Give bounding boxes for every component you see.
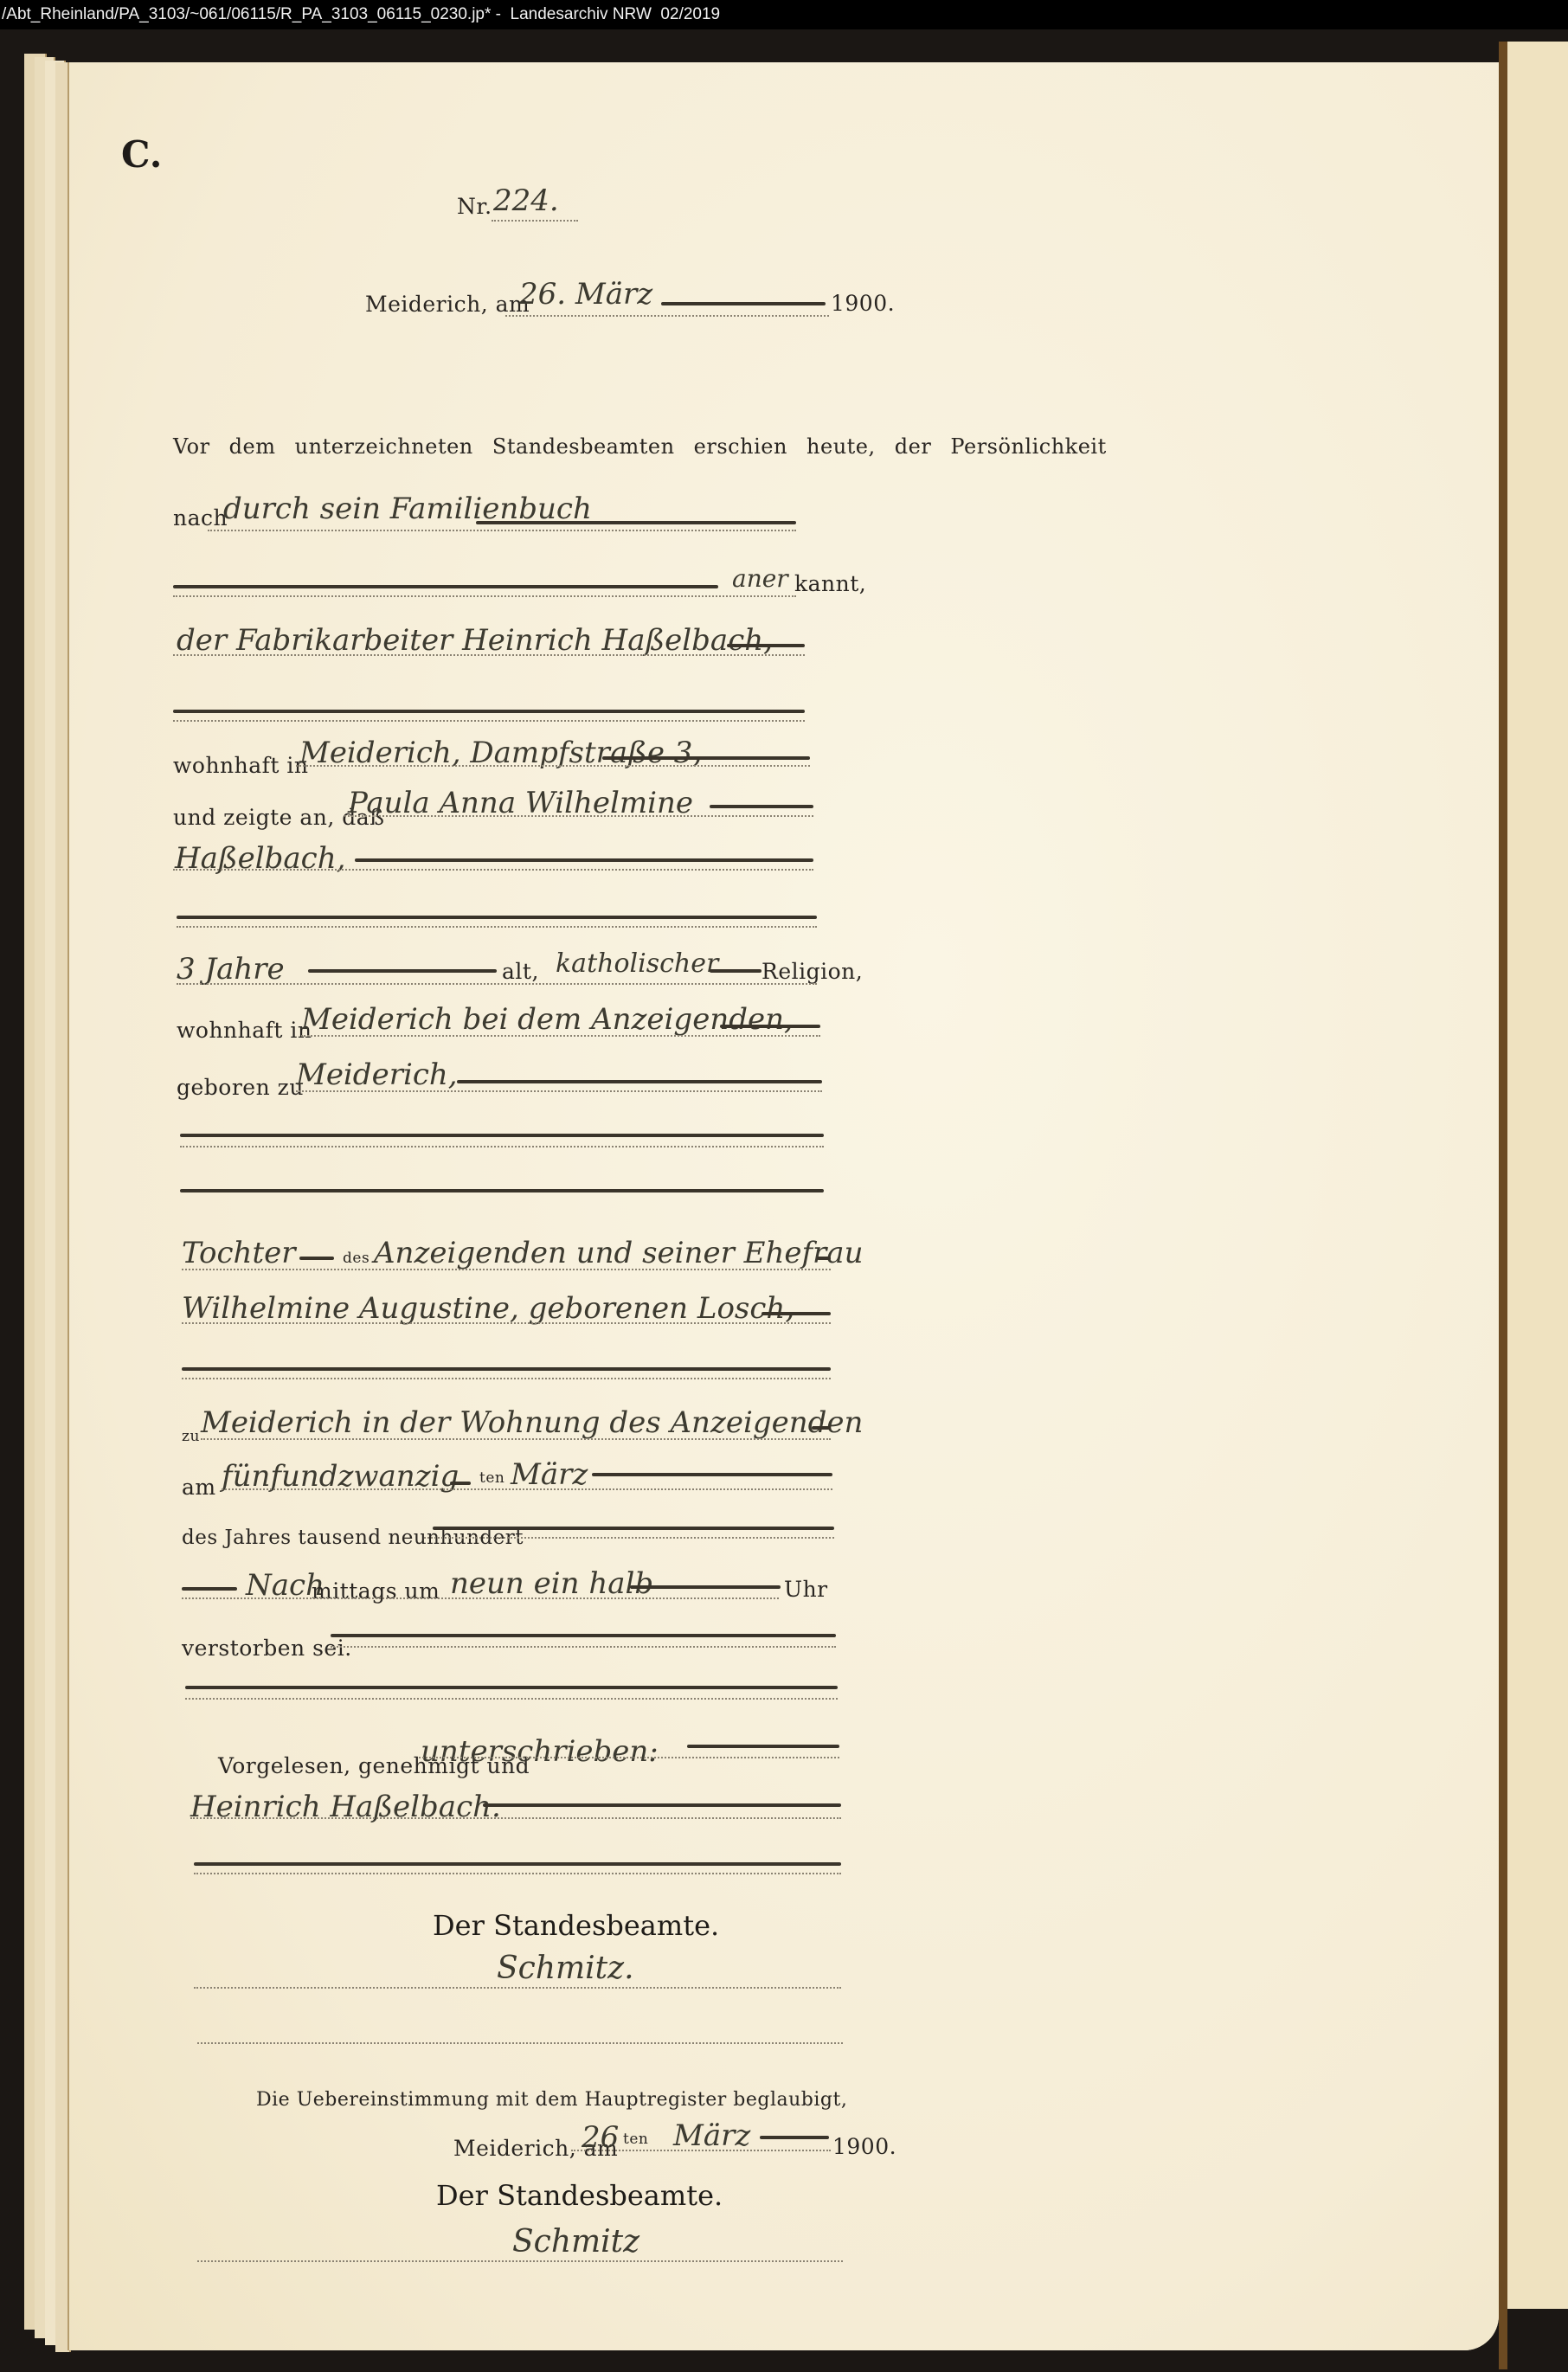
- dotted-line: [177, 983, 817, 985]
- relation-handwritten: Tochter: [182, 1236, 295, 1270]
- dotted-line: [197, 2260, 843, 2262]
- informant-signature: Heinrich Haßelbach.: [190, 1790, 501, 1824]
- fill-line: [299, 1257, 334, 1260]
- section-letter: C.: [121, 133, 162, 176]
- dotted-line: [194, 1873, 841, 1874]
- dotted-line: [173, 654, 805, 656]
- death-day-label: am: [182, 1475, 216, 1500]
- fill-line: [710, 969, 762, 973]
- age-label: alt,: [502, 959, 539, 984]
- religion-label: Religion,: [762, 959, 863, 984]
- fill-line: [762, 1312, 831, 1315]
- dotted-line: [173, 869, 813, 871]
- fill-line: [450, 1482, 471, 1485]
- fill-line: [173, 585, 718, 588]
- dotted-line: [173, 595, 796, 597]
- fill-line: [727, 644, 805, 647]
- fill-line: [710, 805, 813, 808]
- fill-line: [817, 1257, 831, 1260]
- known-handwritten: aner: [732, 564, 788, 593]
- fill-line: [476, 521, 796, 524]
- relation-des: des: [343, 1250, 370, 1267]
- fill-line: [760, 2136, 829, 2139]
- deceased-residence-label: wohnhaft in: [177, 1018, 312, 1043]
- dotted-line: [424, 1537, 834, 1539]
- dotted-line: [194, 1987, 841, 1989]
- dotted-line: [197, 2042, 843, 2044]
- dotted-line: [182, 1322, 831, 1324]
- fill-line: [483, 1803, 841, 1807]
- fill-line: [355, 858, 813, 862]
- dotted-line: [182, 1597, 779, 1599]
- dotted-line: [222, 1488, 832, 1490]
- died-label: verstorben sei.: [182, 1636, 352, 1661]
- signed-handwritten: unterschrieben:: [421, 1734, 659, 1769]
- fill-line: [194, 1862, 841, 1866]
- time-handwritten: neun ein halb: [450, 1566, 653, 1601]
- fill-line: [630, 1585, 781, 1589]
- dotted-line: [571, 2150, 831, 2151]
- deceased-residence: Meiderich bei dem Anzeigenden,: [301, 1002, 794, 1037]
- certification-registrar-title: Der Standesbeamte.: [436, 2179, 723, 2212]
- fill-line: [331, 1634, 836, 1637]
- dotted-line: [296, 1090, 822, 1092]
- dotted-line: [185, 1698, 838, 1700]
- known-suffix: kannt,: [794, 571, 866, 596]
- intro-text: Vor dem unterzeichneten Standesbeamten e…: [173, 434, 1107, 459]
- time-label-mittags: mittags um: [312, 1578, 440, 1604]
- born-label: geboren zu: [177, 1075, 304, 1100]
- place-label: Meiderich, am: [365, 292, 530, 317]
- dotted-line: [301, 1035, 820, 1037]
- dotted-line: [344, 815, 813, 817]
- facing-page-edge: [1507, 42, 1568, 2309]
- residence-label: wohnhaft in: [173, 753, 309, 778]
- registrar-title: Der Standesbeamte.: [433, 1909, 719, 1942]
- register-page: C. Nr. 224. Meiderich, am 26. März 1900.…: [67, 62, 1499, 2350]
- fill-line: [173, 710, 805, 713]
- dotted-line: [492, 220, 578, 222]
- dotted-line: [190, 1817, 841, 1819]
- dotted-line: [182, 1378, 831, 1379]
- religion-handwritten: katholischer: [556, 948, 718, 979]
- book-gutter: [1499, 42, 1507, 2369]
- certification-signature: Schmitz: [512, 2224, 639, 2260]
- viewer-title-bar: /Abt_Rheinland/PA_3103/~061/06115/R_PA_3…: [0, 0, 1568, 29]
- fill-line: [602, 756, 810, 760]
- dotted-line: [173, 720, 805, 722]
- certification-year: 1900.: [832, 2134, 896, 2159]
- year: 1900.: [831, 291, 895, 316]
- parents-line-2: Wilhelmine Augustine, geborenen Losch,: [182, 1291, 794, 1326]
- dotted-line: [331, 1646, 836, 1648]
- nach-label: nach: [173, 505, 228, 530]
- dotted-line: [419, 1757, 839, 1758]
- fill-line: [182, 1587, 237, 1591]
- certification-month: März: [673, 2118, 750, 2153]
- death-place-label: zu: [182, 1428, 200, 1445]
- dotted-line: [177, 926, 817, 928]
- uhr-label: Uhr: [784, 1577, 828, 1602]
- fill-line: [308, 969, 497, 973]
- fill-line: [180, 1189, 824, 1192]
- dotted-line: [296, 765, 810, 767]
- fill-line: [457, 1080, 822, 1083]
- fill-line: [812, 1426, 831, 1430]
- fill-line: [185, 1686, 838, 1689]
- fill-line: [661, 302, 826, 305]
- age-handwritten: 3 Jahre: [177, 952, 285, 987]
- dotted-line: [180, 1146, 824, 1147]
- fill-line: [177, 916, 817, 919]
- death-month: März: [511, 1457, 588, 1492]
- fill-line: [687, 1745, 839, 1748]
- ten-suffix: ten: [479, 1469, 504, 1487]
- fill-line: [592, 1473, 832, 1476]
- parents-line-1: Anzeigenden und seiner Ehefrau: [374, 1236, 863, 1270]
- dotted-line: [182, 1269, 831, 1270]
- certification-text: Die Uebereinstimmung mit dem Hauptregist…: [256, 2089, 847, 2111]
- fill-line: [180, 1134, 824, 1137]
- date-handwritten: 26. März: [519, 277, 652, 312]
- record-number: 224.: [493, 183, 559, 218]
- fill-line: [182, 1367, 831, 1371]
- record-number-label: Nr.: [457, 194, 492, 219]
- dotted-line: [201, 1438, 831, 1440]
- death-place: Meiderich in der Wohnung des Anzeigenden: [201, 1405, 863, 1440]
- dotted-line: [505, 315, 829, 317]
- birthplace: Meiderich,: [296, 1057, 458, 1092]
- deceased-name-2: Haßelbach,: [175, 841, 345, 876]
- fill-line: [720, 1025, 820, 1028]
- informant: der Fabrikarbeiter Heinrich Haßelbach,: [177, 623, 773, 658]
- dotted-line: [208, 530, 796, 531]
- registrar-signature: Schmitz.: [497, 1951, 634, 1986]
- fill-line: [433, 1527, 834, 1530]
- certification-ten-suffix: ten: [623, 2131, 648, 2148]
